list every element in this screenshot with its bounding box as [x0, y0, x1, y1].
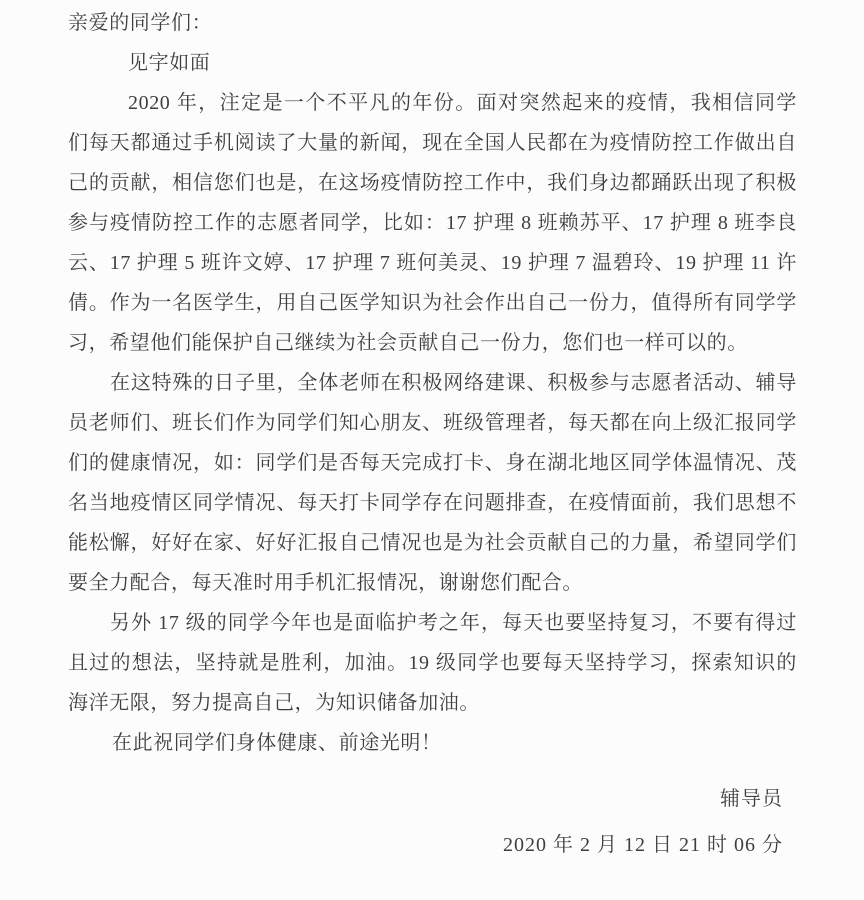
paragraph-3-line: 且过的想法，坚持就是胜利，加油。19 级同学也要每天坚持学习，探索知识的	[68, 643, 797, 683]
paragraph-1-line: 2020 年，注定是一个不平凡的年份。面对突然起来的疫情，我相信同学	[68, 83, 797, 123]
signature-block: 辅导员	[68, 779, 797, 819]
paragraph-2-line: 名当地疫情区同学情况、每天打卡同学存在问题排查，在疫情面前，我们思想不	[68, 483, 797, 523]
paragraph-1-line: 参与疫情防控工作的志愿者同学，比如：17 护理 8 班赖苏平、17 护理 8 班…	[68, 203, 797, 243]
paragraph-1-line: 倩。作为一名医学生，用自己医学知识为社会作出自己一份力，值得所有同学学	[68, 283, 797, 323]
paragraph-2-line: 能松懈，好好在家、好好汇报自己情况也是为社会贡献自己的力量，希望同学们	[68, 523, 797, 563]
paragraph-1-block: 2020 年，注定是一个不平凡的年份。面对突然起来的疫情，我相信同学们每天都通过…	[68, 83, 797, 363]
letter-page: 亲爱的同学们：见字如面2020 年，注定是一个不平凡的年份。面对突然起来的疫情，…	[0, 0, 864, 900]
opening-line: 见字如面	[68, 43, 797, 83]
opening-block: 见字如面	[68, 43, 797, 83]
paragraph-1-line: 己的贡献，相信您们也是，在这场疫情防控工作中，我们身边都踊跃出现了积极	[68, 163, 797, 203]
paragraph-2-line: 要全力配合，每天准时用手机汇报情况，谢谢您们配合。	[68, 563, 797, 603]
paragraph-1-line: 们每天都通过手机阅读了大量的新闻，现在全国人民都在为疫情防控工作做出自	[68, 123, 797, 163]
date-block: 2020 年 2 月 12 日 21 时 06 分	[68, 825, 797, 865]
paragraph-3-line: 另外 17 级的同学今年也是面临护考之年，每天也要坚持复习，不要有得过	[68, 603, 797, 643]
paragraph-4-line: 在此祝同学们身体健康、前途光明！	[68, 723, 797, 763]
salutation-line: 亲爱的同学们：	[68, 3, 797, 43]
paragraph-1-line: 习，希望他们能保护自己继续为社会贡献自己一份力，您们也一样可以的。	[68, 323, 797, 363]
paragraph-2-line: 员老师们、班长们作为同学们知心朋友、班级管理者，每天都在向上级汇报同学	[68, 403, 797, 443]
paragraph-3-block: 另外 17 级的同学今年也是面临护考之年，每天也要坚持复习，不要有得过且过的想法…	[68, 603, 797, 723]
paragraph-1-line: 云、17 护理 5 班许文婷、17 护理 7 班何美灵、19 护理 7 温碧玲、…	[68, 243, 797, 283]
date-line: 2020 年 2 月 12 日 21 时 06 分	[68, 825, 797, 865]
paragraph-3-line: 海洋无限，努力提高自己，为知识储备加油。	[68, 683, 797, 723]
paragraph-2-line: 在这特殊的日子里，全体老师在积极网络建课、积极参与志愿者活动、辅导	[68, 363, 797, 403]
paragraph-2-line: 们的健康情况，如：同学们是否每天完成打卡、身在湖北地区同学体温情况、茂	[68, 443, 797, 483]
signature-line: 辅导员	[68, 779, 797, 819]
paragraph-4-block: 在此祝同学们身体健康、前途光明！	[68, 723, 797, 763]
paragraph-2-block: 在这特殊的日子里，全体老师在积极网络建课、积极参与志愿者活动、辅导员老师们、班长…	[68, 363, 797, 603]
salutation-block: 亲爱的同学们：	[68, 3, 797, 43]
